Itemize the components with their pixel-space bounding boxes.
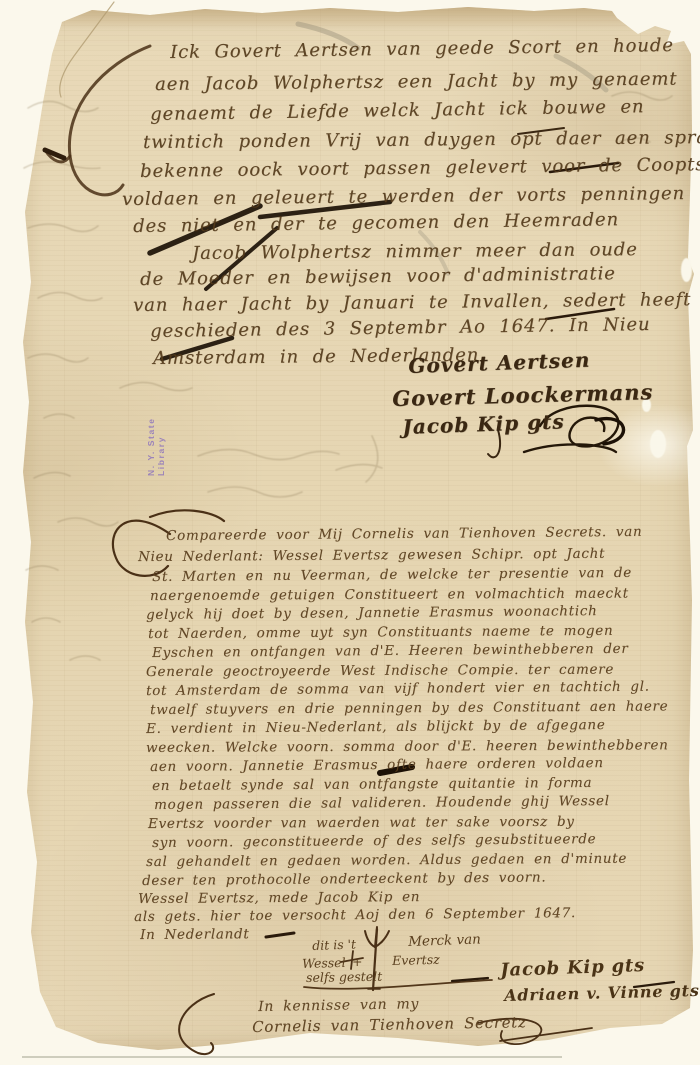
manuscript-line: Evertsz voorder van waerden wat ter sake… [148,816,575,832]
manuscript-line: deser ten prothocolle onderteeckent by d… [142,871,546,888]
signature-govert-aertsen: Govert Aertsen [408,350,591,376]
scanner-artifact-line [22,1056,562,1058]
signature-jacob-kip: Jacob Kip gts [402,411,565,437]
paper-defect [650,430,666,458]
manuscript-line: In Nederlandt [140,928,250,942]
manuscript-line: tot Naerden, omme uyt syn Constituants n… [148,625,613,642]
manuscript-line: weecken. Welcke voorn. somma door d'E. h… [146,739,669,755]
paper-defect [681,258,692,282]
signature-jacob-kip-witness: Jacob Kip gts [500,957,645,980]
scanned-manuscript: N. Y. State Library Ick Govert Aertsen v… [0,0,700,1065]
mark-caption-label: Merck van [408,933,481,949]
attestation-line: In kennisse van my [258,997,419,1014]
manuscript-line: twintich ponden Vrij van duygen opt daer… [143,129,700,152]
manuscript-line: en betaelt synde sal van ontfangste quit… [152,777,592,794]
manuscript-line: Wessel Evertsz, mede Jacob Kip en [138,891,420,906]
manuscript-line: Nieu Nederlant: Wessel Evertsz gewesen S… [138,548,605,565]
manuscript-line: twaelf stuyvers en drie penningen by des… [150,700,668,717]
signature-govert-loockermans: Govert Loockermans [392,381,654,409]
mark-caption-suffix: selfs gestelt [306,971,382,985]
manuscript-line: Generale geoctroyeerde West Indische Com… [146,664,614,680]
mark-caption-intro: dit is 't [312,938,356,952]
library-stamp: N. Y. State Library [146,382,162,476]
manuscript-line: sal gehandelt en gedaen worden. Aldus ge… [146,853,627,870]
mark-cross: + [352,956,362,969]
mark-caption-name-right: Evertsz [392,954,440,968]
manuscript-line: Jacob Wolphertsz nimmer meer dan oude [192,241,638,263]
manuscript-line: naergenoemde getuigen Constitueert en vo… [150,587,629,603]
